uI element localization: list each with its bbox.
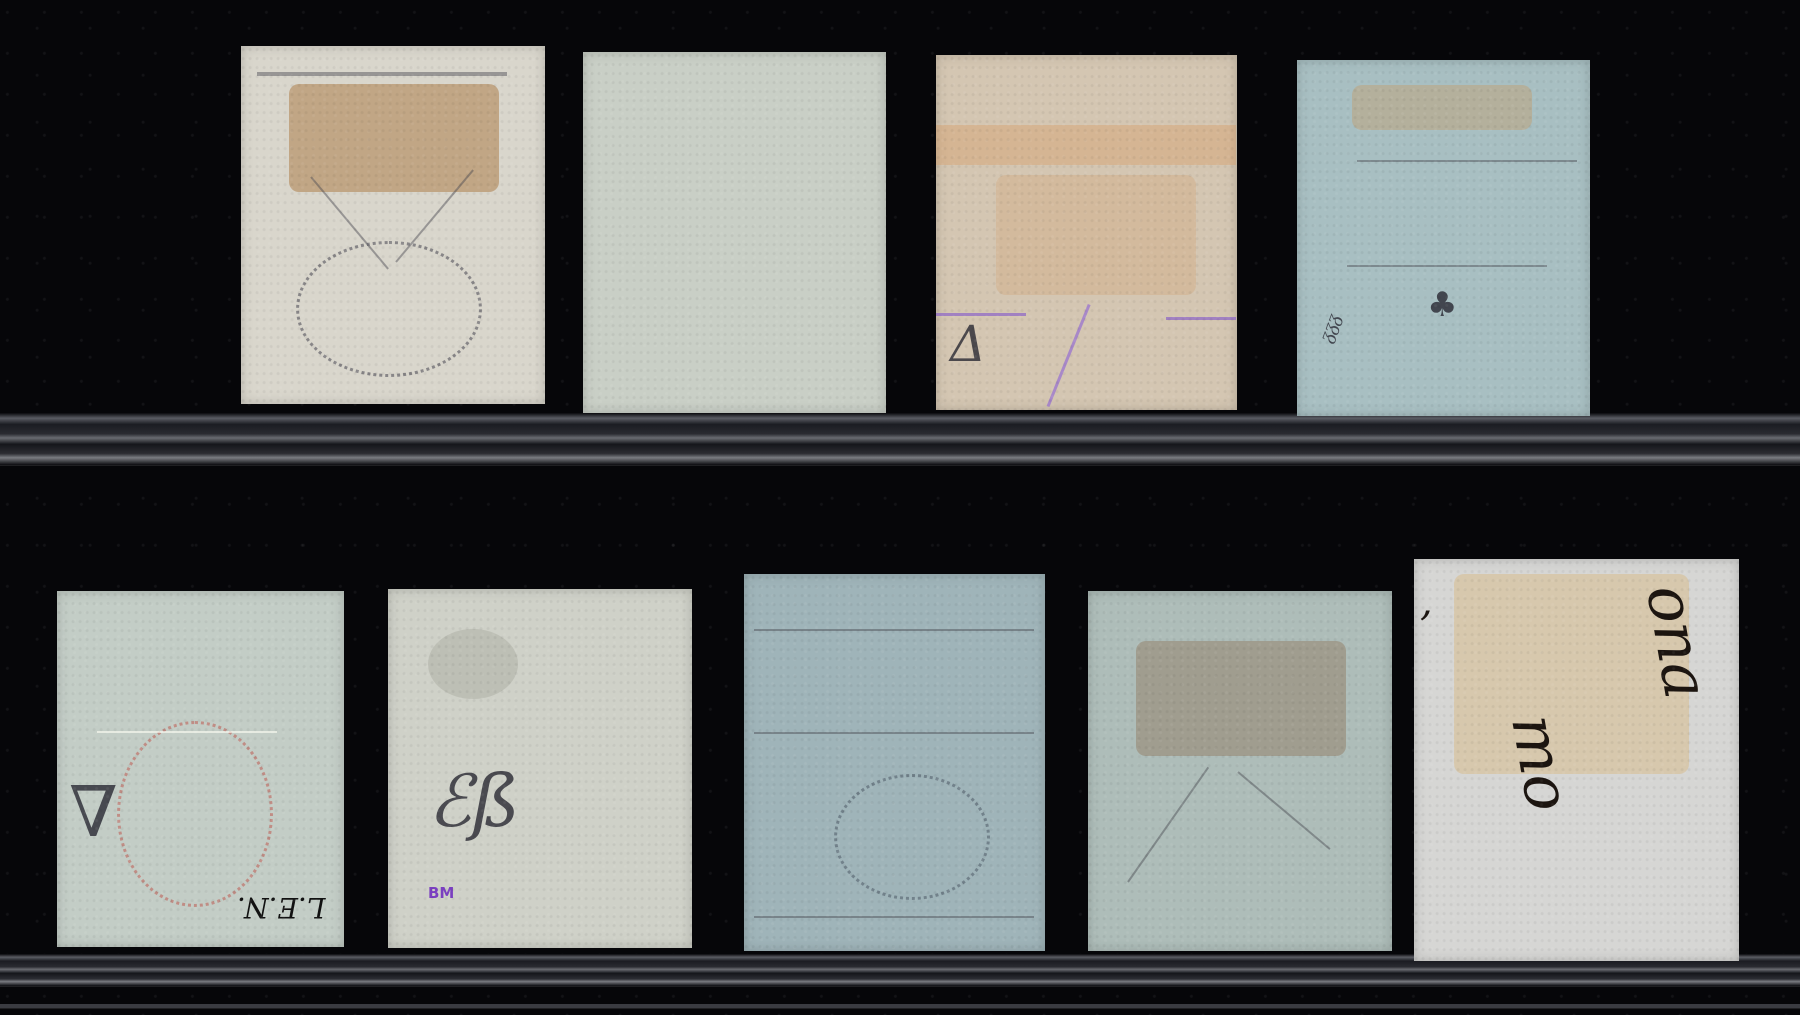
stamp-6: ℰß BM: [388, 589, 692, 948]
hinge-shadow: [428, 629, 518, 699]
stamp-3: Δ: [936, 55, 1237, 410]
album-strip-upper: [0, 413, 1800, 465]
manuscript-mark: ,: [1420, 579, 1433, 625]
pencil-signature: ℰß: [428, 759, 520, 843]
stamp-1: [241, 46, 545, 404]
hinge-remnant: [1136, 641, 1346, 756]
postmark-stroke: [1127, 767, 1209, 883]
stamp-2: [583, 52, 886, 413]
ink-guarantee-mark: ᵹᵹᵹ: [1313, 310, 1346, 345]
red-postmark: [117, 721, 273, 907]
violet-handstamp: BM: [428, 884, 454, 902]
postmark-bar: [257, 72, 507, 76]
pencil-mark: ∇: [69, 771, 118, 853]
postmark-stroke: [1237, 771, 1330, 850]
album-stock-page: Δ ᵹᵹᵹ ♣ ∇ L.E.N. ℰß BM mo ona ,: [0, 0, 1800, 1015]
ink-mark: ♣: [1427, 285, 1457, 325]
postmark-bar: [1347, 265, 1547, 267]
stamp-7: [744, 574, 1045, 951]
frame-line: [754, 629, 1034, 631]
paper-thin-line: [97, 731, 277, 733]
album-strip-bottom-edge: [0, 1004, 1800, 1008]
stamp-5: ∇ L.E.N.: [57, 591, 344, 947]
signature: L.E.N.: [237, 891, 325, 924]
postmark-bar: [1357, 160, 1577, 162]
stamp-9: mo ona ,: [1414, 559, 1739, 961]
stamp-8: [1088, 591, 1392, 951]
stamp-4: ᵹᵹᵹ ♣: [1297, 60, 1590, 416]
frame-line: [754, 732, 1034, 734]
postmark-circle: [296, 241, 482, 377]
pencil-mark: Δ: [950, 315, 986, 373]
postmark-show-through: [834, 774, 990, 900]
violet-ink-line: [1166, 317, 1236, 320]
hinge-remnant: [1352, 85, 1532, 130]
toning-stain: [996, 175, 1196, 295]
frame-line: [754, 916, 1034, 918]
violet-ink-line: [1047, 304, 1091, 407]
toning-stain: [936, 125, 1236, 165]
